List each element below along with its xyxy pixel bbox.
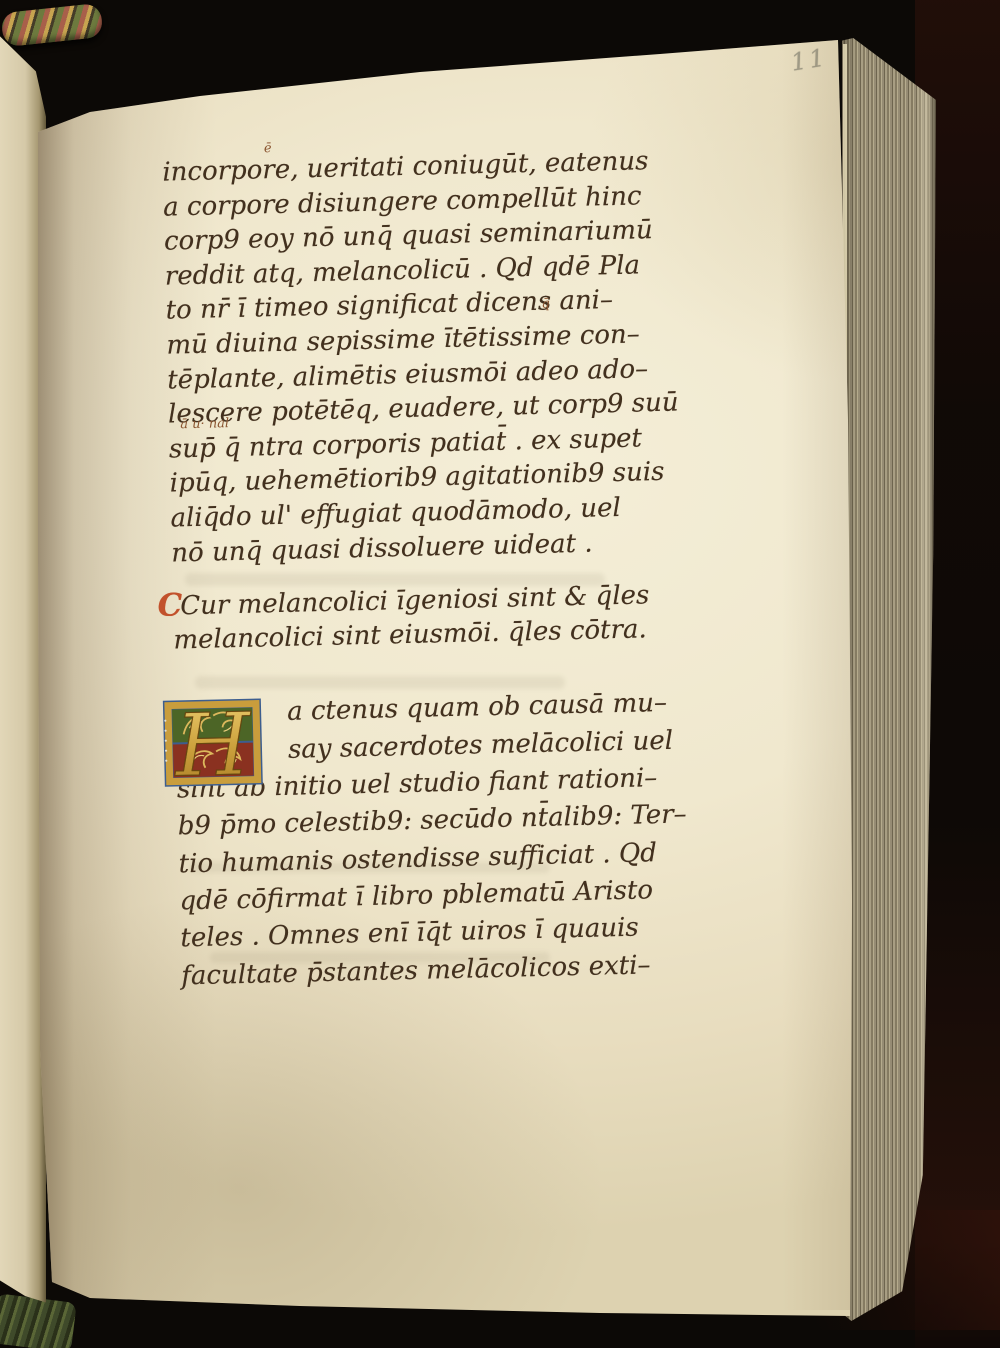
manuscript-photo: 11 ē q̄ ā u· nal incorpore, ueritati con… — [0, 0, 1000, 1348]
tailband — [0, 1293, 77, 1348]
interlinear-gloss: ē — [264, 141, 272, 156]
interlinear-gloss: q̄ — [541, 297, 550, 312]
text-block: ē q̄ ā u· nal incorpore, ueritati coniug… — [146, 144, 666, 1017]
svg-text:H: H — [172, 697, 253, 789]
folio-number: 11 — [789, 43, 829, 76]
rubric: CCur melancolici īgeniosi sint & q̄les m… — [156, 575, 658, 659]
paragraph: incorpore, ueritati coniugūt, eatenus a … — [146, 144, 656, 571]
page-stack-fore-edge — [842, 38, 936, 1330]
headband — [0, 3, 103, 47]
rubric-initial-mark: C — [157, 587, 183, 624]
interlinear-gloss: ā u· nal — [180, 416, 229, 432]
illuminated-initial-icon: H — [161, 697, 265, 789]
chapter: H a ctenus quam ob causā mu– say sacerdo… — [159, 685, 666, 1017]
